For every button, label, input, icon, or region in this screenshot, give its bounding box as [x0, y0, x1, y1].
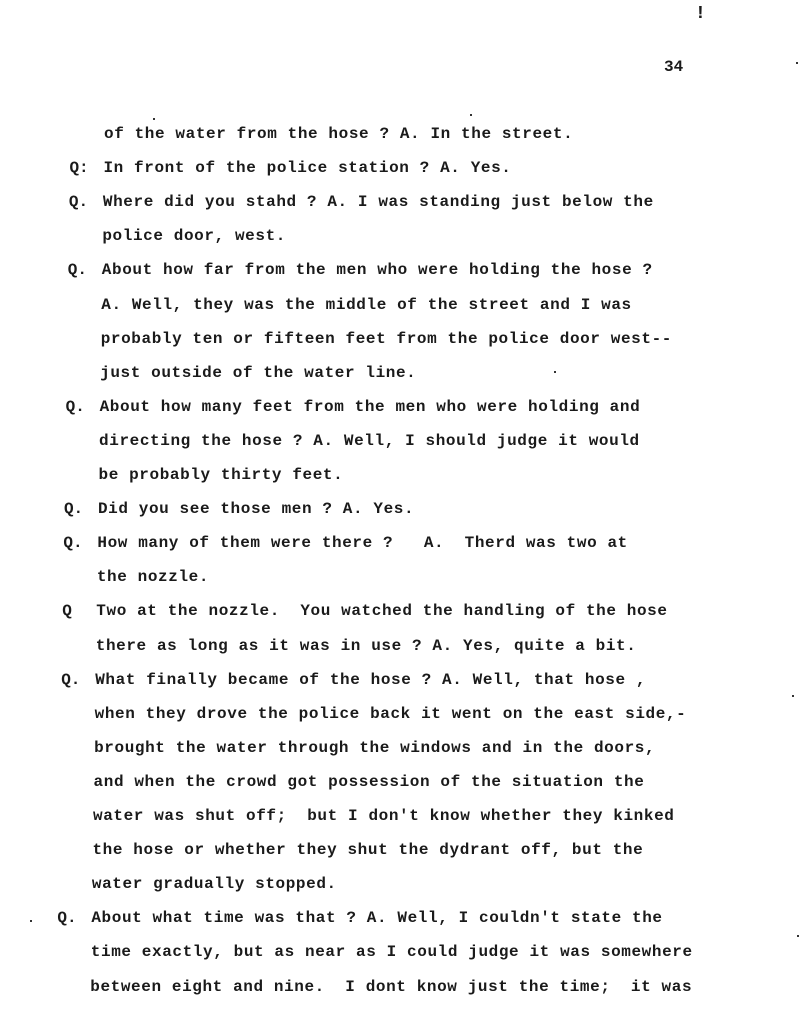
- transcript-page: ! 34 of the water from the hose ? A. In …: [0, 0, 800, 1011]
- transcript-line: probably ten or fifteen feet from the po…: [101, 329, 672, 349]
- transcript-line: water was shut off; but I don't know whe…: [93, 806, 675, 826]
- ink-speck: [797, 935, 799, 937]
- transcript-line: water gradually stopped.: [92, 874, 337, 894]
- ink-speck: [792, 695, 794, 697]
- speaker-label: Q.: [64, 499, 83, 519]
- ink-speck: [30, 920, 32, 922]
- transcript-line: police door, west.: [102, 226, 286, 246]
- speaker-label: Q:: [69, 158, 88, 178]
- transcript-line: and when the crowd got possession of the…: [94, 772, 645, 792]
- transcript-line: be probably thirty feet.: [99, 465, 344, 485]
- speaker-label: Q.: [68, 260, 87, 280]
- transcript-line: A. Well, they was the middle of the stre…: [101, 295, 631, 315]
- transcript-line: Did you see those men ? A. Yes.: [98, 499, 414, 519]
- page-number: 34: [664, 58, 683, 76]
- transcript-line: In front of the police station ? A. Yes.: [103, 158, 511, 178]
- ink-speck: [554, 371, 556, 373]
- speaker-label: Q.: [69, 192, 88, 212]
- transcript-line: between eight and nine. I dont know just…: [90, 977, 692, 997]
- transcript-line: the hose or whether they shut the dydran…: [92, 840, 643, 860]
- transcript-line: About how far from the men who were hold…: [102, 260, 653, 280]
- ink-speck: [153, 118, 155, 120]
- transcript-line: of the water from the hose ? A. In the s…: [104, 124, 573, 144]
- transcript-line: when they drove the police back it went …: [95, 704, 687, 724]
- transcript-line: directing the hose ? A. Well, I should j…: [99, 431, 640, 451]
- transcript-line: the nozzle.: [97, 567, 209, 587]
- transcript-line: About how many feet from the men who wer…: [100, 397, 641, 417]
- speaker-label: Q: [62, 601, 72, 621]
- speaker-label: Q.: [57, 908, 76, 928]
- speaker-label: Q.: [61, 670, 80, 690]
- ink-speck: [796, 62, 798, 64]
- transcript-line: time exactly, but as near as I could jud…: [91, 942, 693, 962]
- transcript-line: brought the water through the windows an…: [94, 738, 655, 758]
- transcript-line: About what time was that ? A. Well, I co…: [91, 908, 662, 928]
- transcript-line: Two at the nozzle. You watched the handl…: [96, 601, 667, 621]
- transcript-line: What finally became of the hose ? A. Wel…: [95, 670, 646, 690]
- transcript-line: Where did you stahd ? A. I was standing …: [103, 192, 654, 212]
- transcript-line: just outside of the water line.: [100, 363, 416, 383]
- ink-speck: [470, 114, 472, 116]
- corner-mark: !: [695, 4, 706, 24]
- speaker-label: Q.: [63, 533, 82, 553]
- speaker-label: Q.: [66, 397, 85, 417]
- transcript-line: there as long as it was in use ? A. Yes,…: [96, 636, 637, 656]
- transcript-line: How many of them were there ? A. Therd w…: [97, 533, 627, 553]
